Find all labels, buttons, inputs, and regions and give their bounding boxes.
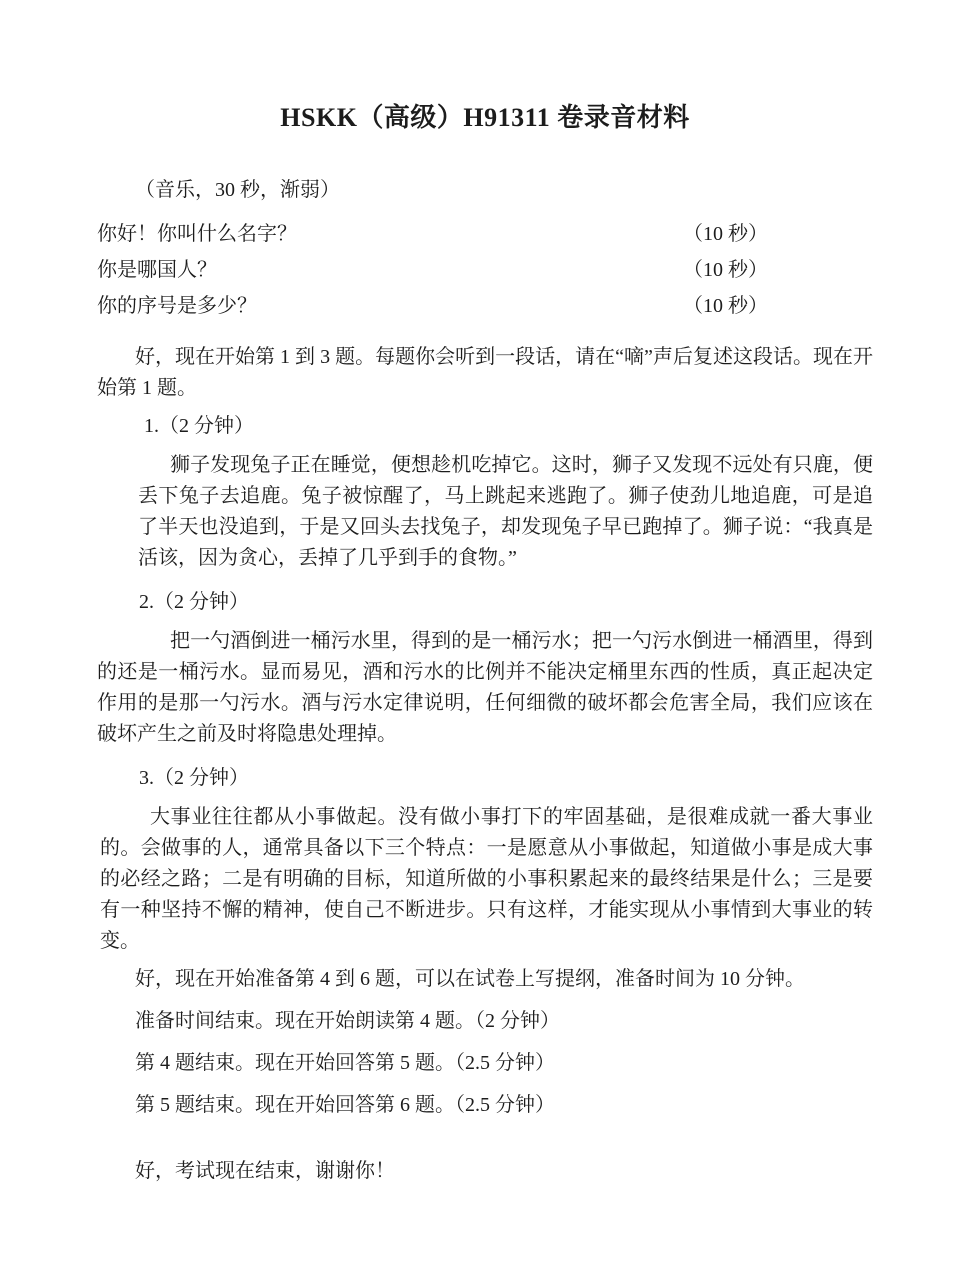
outro-line-1: 好，现在开始准备第 4 到 6 题，可以在试卷上写提纲，准备时间为 10 分钟。 [97, 967, 873, 991]
music-cue-line: （音乐，30 秒，渐弱） [97, 178, 873, 202]
intro-paragraph: 好，现在开始第 1 到 3 题。每题你会听到一段话，请在“嘀”声后复述这段话。现… [97, 342, 873, 404]
item-3-text: 大事业往往都从小事做起。没有做小事打下的牢固基础，是很难成就一番大事业的。会做事… [100, 802, 873, 957]
question-row: 你好！你叫什么名字？ （10 秒） [97, 222, 873, 246]
outro-line-3: 第 4 题结束。现在开始回答第 5 题。（2.5 分钟） [97, 1051, 873, 1075]
item-2-label: 2.（2 分钟） [97, 590, 873, 614]
item-3-label: 3.（2 分钟） [97, 766, 873, 790]
question-text: 你好！你叫什么名字？ [97, 223, 297, 245]
question-time: （10 秒） [683, 258, 768, 282]
item-1-text: 狮子发现兔子正在睡觉，便想趁机吃掉它。这时，狮子又发现不远处有只鹿，便丢下兔子去… [138, 450, 873, 574]
outro-line-4: 第 5 题结束。现在开始回答第 6 题。（2.5 分钟） [97, 1093, 873, 1117]
question-text: 你的序号是多少？ [97, 295, 257, 317]
item-1-label: 1.（2 分钟） [97, 414, 873, 438]
question-row: 你的序号是多少？ （10 秒） [97, 294, 873, 318]
closing-line: 好，考试现在结束，谢谢你！ [97, 1159, 873, 1183]
document-page: HSKK（高级）H91311 卷录音材料 （音乐，30 秒，渐弱） 你好！你叫什… [0, 0, 960, 1278]
document-content: HSKK（高级）H91311 卷录音材料 （音乐，30 秒，渐弱） 你好！你叫什… [97, 0, 873, 1183]
question-time: （10 秒） [683, 294, 768, 318]
document-title: HSKK（高级）H91311 卷录音材料 [97, 102, 873, 134]
question-time: （10 秒） [683, 222, 768, 246]
question-text: 你是哪国人？ [97, 259, 217, 281]
question-row: 你是哪国人？ （10 秒） [97, 258, 873, 282]
outro-line-2: 准备时间结束。现在开始朗读第 4 题。（2 分钟） [97, 1009, 873, 1033]
item-2-text: 把一勺酒倒进一桶污水里，得到的是一桶污水；把一勺污水倒进一桶酒里，得到的还是一桶… [97, 626, 873, 750]
